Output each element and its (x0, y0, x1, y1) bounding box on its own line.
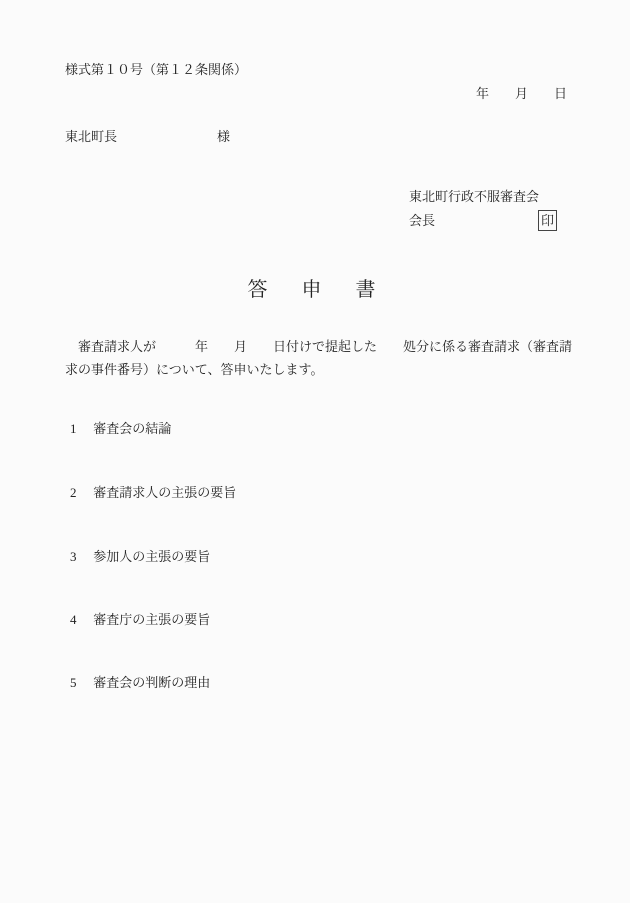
section-number: 2 (70, 485, 82, 501)
section-label: 審査請求人の主張の要旨 (93, 485, 236, 500)
date-placeholder-line: 年 月 日 (476, 86, 567, 102)
section-number: 5 (70, 675, 82, 691)
section-label: 審査庁の主張の要旨 (93, 612, 210, 627)
issuer-block: 東北町行政不服審査会 会長 印 (409, 189, 557, 231)
seal-label: 印 (541, 213, 554, 229)
section-item-5: 5 審査会の判断の理由 (70, 675, 210, 691)
body-paragraph: 審査請求人が 年 月 日付けで提起した 処分に係る審査請求（審査請 求の事件番号… (65, 335, 583, 381)
section-item-1: 1 審査会の結論 (70, 421, 171, 437)
section-item-2: 2 審査請求人の主張の要旨 (70, 485, 236, 501)
section-label: 審査会の判断の理由 (93, 675, 210, 690)
section-label: 参加人の主張の要旨 (93, 549, 210, 564)
section-number: 1 (70, 421, 82, 437)
issuer-title-line: 会長 印 (409, 210, 557, 231)
section-number: 3 (70, 549, 82, 565)
issuer-title: 会長 (409, 213, 435, 229)
document-title: 答 申 書 (0, 278, 630, 303)
section-label: 審査会の結論 (93, 421, 171, 436)
addressee-name: 東北町長 (65, 129, 117, 144)
section-item-3: 3 参加人の主張の要旨 (70, 549, 210, 565)
seal-box: 印 (538, 210, 557, 231)
form-number: 様式第１０号（第１２条関係） (65, 62, 247, 78)
addressee-honorific: 様 (217, 129, 230, 144)
document-page: 様式第１０号（第１２条関係） 年 月 日 東北町長様 東北町行政不服審査会 会長… (0, 0, 630, 903)
addressee-line: 東北町長様 (65, 129, 230, 145)
issuer-organization: 東北町行政不服審査会 (409, 189, 557, 205)
section-item-4: 4 審査庁の主張の要旨 (70, 612, 210, 628)
section-number: 4 (70, 612, 82, 628)
